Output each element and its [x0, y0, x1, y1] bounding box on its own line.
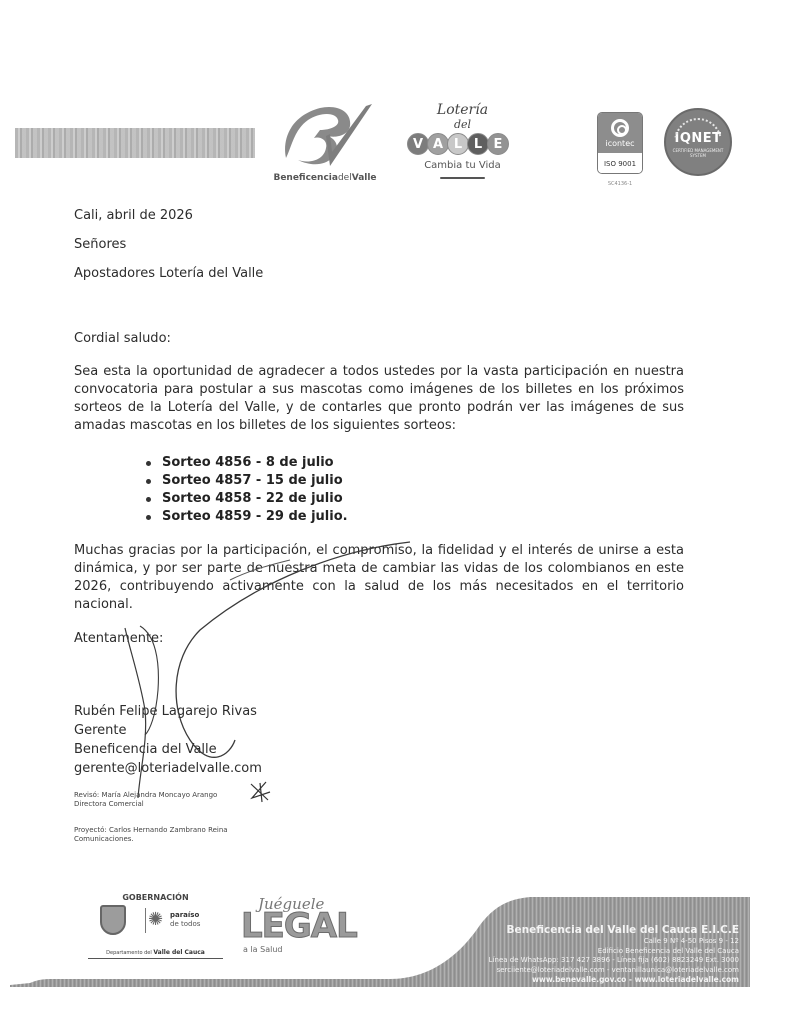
loteria-del-valle-logo: Lotería del V A L L E Cambia tu Vida — [400, 100, 525, 185]
loteria-logo-tagline: Cambia tu Vida — [400, 160, 525, 171]
coat-of-arms-icon — [100, 905, 126, 935]
iqnet-badge: IQNET CERTIFIED MANAGEMENT SYSTEM — [664, 108, 732, 176]
icontec-ring-icon — [611, 119, 629, 137]
sun-rays-icon: ✺ — [148, 905, 166, 935]
letter-date: Cali, abril de 2026 — [74, 207, 193, 225]
juegue-legal-main: LEGAL — [241, 909, 357, 943]
draw-item: Sorteo 4858 - 22 de julio — [145, 490, 348, 508]
icontec-standard: ISO 9001 — [598, 153, 642, 174]
greeting: Cordial saludo: — [74, 330, 171, 348]
footer-org-name: Beneficencia del Valle del Cauca E.I.C.E — [489, 924, 739, 937]
reviewed-by-line1: Revisó: María Alejandra Moncayo Arango — [74, 791, 217, 800]
iqnet-subtitle: CERTIFIED MANAGEMENT SYSTEM — [666, 148, 730, 158]
lottery-ball-icon: A — [427, 133, 449, 155]
reviewed-by-line2: Directora Comercial — [74, 800, 144, 809]
paragraph-thanks: Sea esta la oportunidad de agradecer a t… — [74, 363, 684, 435]
icontec-iso-badge: icontec ISO 9001 — [597, 112, 643, 174]
footer-contact-block: Beneficencia del Valle del Cauca E.I.C.E… — [489, 924, 739, 985]
icontec-code: SC4136-1 — [597, 181, 643, 187]
juegue-legal-logo: Juéguele LEGAL a la Salud — [238, 895, 353, 965]
gobernacion-slogan-1: paraíso — [170, 911, 199, 919]
draw-item: Sorteo 4857 - 15 de julio — [145, 472, 348, 490]
lottery-ball-icon: E — [487, 133, 509, 155]
addressee: Apostadores Lotería del Valle — [74, 265, 263, 283]
gobernacion-title: GOBERNACIÓN — [88, 893, 223, 902]
closing-salutation: Atentamente: — [74, 629, 163, 648]
loteria-logo-balls: V A L L E — [407, 133, 507, 155]
signer-name: Rubén Felipe Lagarejo Rivas — [74, 702, 257, 721]
footer-address: Calle 9 Nº 4-50 Pisos 9 - 12 — [489, 937, 739, 947]
gobernacion-slogan-2: de todos — [170, 920, 200, 928]
footer-building: Edificio Beneficencia del Valle del Cauc… — [489, 947, 739, 957]
prepared-by-line2: Comunicaciones. — [74, 835, 134, 844]
beneficencia-del-valle-logo: BeneficenciadelValle — [255, 100, 395, 190]
addressee-title: Señores — [74, 236, 126, 254]
lottery-ball-icon: L — [447, 133, 469, 155]
footer-websites[interactable]: www.benevalle.gov.co - www.loteriadelval… — [489, 975, 739, 985]
signer-position: Gerente — [74, 721, 126, 740]
lottery-ball-icon: L — [467, 133, 489, 155]
gobernacion-department: Departamento del Valle del Cauca — [88, 949, 223, 959]
loteria-logo-line1: Lotería — [400, 102, 525, 118]
draw-item: Sorteo 4856 - 8 de julio — [145, 454, 348, 472]
prepared-by-line1: Proyectó: Carlos Hernando Zambrano Reina — [74, 826, 228, 835]
beneficencia-swoosh-icon — [280, 100, 375, 172]
beneficencia-logo-text: BeneficenciadelValle — [255, 173, 395, 183]
footer-emails[interactable]: serciiente@loteriadelvalle.com - ventani… — [489, 966, 739, 976]
gobernacion-valle-logo: GOBERNACIÓN ✺ paraíso de todos Departame… — [88, 893, 228, 963]
icontec-label: icontec — [605, 139, 634, 148]
juegue-legal-bottom: a la Salud — [243, 945, 282, 954]
initials-mark-icon — [248, 780, 272, 804]
loteria-logo-underline — [440, 177, 485, 179]
paragraph-closing: Muchas gracias por la participación, el … — [74, 542, 684, 614]
loteria-logo-line2: del — [400, 118, 525, 131]
draws-list: Sorteo 4856 - 8 de julio Sorteo 4857 - 1… — [145, 454, 348, 526]
footer-phones: Línea de WhatsApp: 317 427 3896 - Línea … — [489, 956, 739, 966]
signer-email: gerente@loteriadelvalle.com — [74, 759, 262, 778]
draw-item: Sorteo 4859 - 29 de julio. — [145, 508, 348, 526]
signer-organization: Beneficencia del Valle — [74, 740, 217, 759]
lottery-ball-icon: V — [407, 133, 429, 155]
gobernacion-separator — [145, 908, 146, 933]
header-decorative-bar — [15, 128, 255, 158]
